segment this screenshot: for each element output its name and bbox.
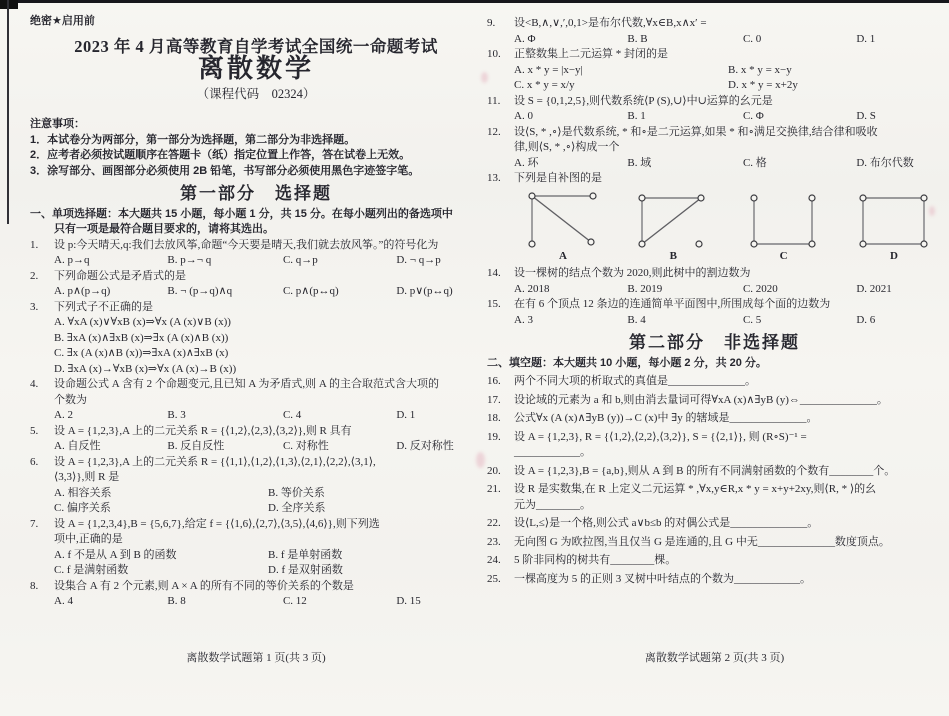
option-b: B. 3 [167,408,283,424]
option-c: C. q→p [283,253,396,269]
option-b: B. ¬ (p→q)∧q [167,284,283,300]
option-a: A. p→q [54,253,167,269]
option-b: B. 1 [627,109,743,125]
question-options: A. x * y = |x−y|B. x * y = x−yC. x * y =… [487,63,942,94]
question-16: 16.两个不同大项的析取式的真值是______________。 [487,374,942,390]
question-3: 3.下列式子不正确的是 A. ∀xA (x)∨∀xB (x)⇒∀x (A (x)… [30,300,482,378]
question-text: 在有 6 个顶点 12 条边的连通简单平面图中,所围成每个面的边数为 [514,297,942,313]
scan-artifact-corner [0,0,18,9]
question-options: A. ΦB. BC. 0D. 1 [487,32,942,48]
question-text: 设⟨S, * ,∘⟩是代数系统, * 和∘是二元运算,如果 * 和∘满足交换律,… [514,125,942,141]
question-text: 设 A = {1,2,3},A 上的二元关系 R = {⟨1,2⟩,⟨2,3⟩,… [54,424,482,440]
question-number: 13. [487,171,514,187]
question-text: 两个不同大项的析取式的真值是______________。 [514,374,942,390]
question-9: 9.设<B,∧,∨,′,0,1>是布尔代数,∀x∈B,x∧x′ = A. ΦB.… [487,16,942,47]
option-d: D. x * y = x+2y [728,78,942,94]
question-8: 8.设集合 A 有 2 个元素,则 A × A 的所有不同的等价关系的个数是 A… [30,579,482,610]
question-number: 7. [30,517,54,533]
question-text: 公式∀x (A (x)∧∃yB (y))→C (x)中 ∃y 的辖域是_____… [514,411,942,427]
page-2-footer: 离散数学试题第 2 页(共 3 页) [487,649,942,665]
graph-label-b: B [637,249,709,265]
question-23: 23.无向图 G 为欧拉图,当且仅当 G 是连通的,且 G 中无________… [487,535,942,551]
question-number: 22. [487,516,514,532]
option-a: A. p∧(p→q) [54,284,167,300]
option-c: C. 2020 [743,282,856,298]
option-b: B. 2019 [627,282,743,298]
subject-title: 离散数学 [30,61,482,77]
question-text: 设集合 A 有 2 个元素,则 A × A 的所有不同的等价关系的个数是 [54,579,482,595]
question-number: 14. [487,266,514,282]
option-c: C. 0 [743,32,856,48]
option-a: A. ∀xA (x)∨∀xB (x)⇒∀x (A (x)∨B (x)) [54,315,482,331]
question-options: A. 2B. 3C. 4D. 1 [30,408,482,424]
section-2-intro: 二、填空题：本大题共 10 小题，每小题 2 分，共 20 分。 [487,356,942,372]
question-number: 25. [487,572,514,588]
scan-artifact-top-strip [0,0,949,3]
option-c: C. 12 [283,594,396,610]
option-b: B. ∃xA (x)∧∃xB (x)⇒∃x (A (x)∧B (x)) [54,331,482,347]
option-d: D. 反对称性 [396,439,482,455]
question-text: 一棵高度为 5 的正则 3 叉树中叶结点的个数为____________。 [514,572,942,588]
option-d: D. 2021 [856,282,942,298]
note-item: 3．涂写部分、画图部分必须使用 2B 铅笔，书写部分必须使用黑色字迹签字笔。 [30,164,482,180]
option-d: D. 1 [856,32,942,48]
question-4: 4.设命题公式 A 含有 2 个命题变元,且已知 A 为矛盾式,则 A 的主合取… [30,377,482,424]
question-number: 19. [487,430,514,446]
question-text: 设 A = {1,2,3},B = {a,b},则从 A 到 B 的所有不同满射… [514,464,942,480]
question-number: 17. [487,393,514,409]
question-text: 设⟨L,≤⟩是一个格,则公式 a∨b≤b 的对偶公式是_____________… [514,516,942,532]
question-text: 设 A = {1,2,3}, R = {⟨1,2⟩,⟨2,2⟩,⟨3,2⟩}, … [514,430,942,446]
option-b: B. x * y = x−y [728,63,942,79]
section-1-intro: 一、单项选择题：本大题共 15 小题，每小题 1 分，共 15 分。在每小题列出… [30,207,482,223]
option-a: A. x * y = |x−y| [514,63,728,79]
question-24: 24.5 阶非同构的树共有________棵。 [487,553,942,569]
part-1-heading: 第一部分 选择题 [30,186,482,202]
question-10: 10.正整数集上二元运算 * 封闭的是 A. x * y = |x−y|B. x… [487,47,942,94]
question-1: 1.设 p:今天晴天,q:我们去放风筝,命题“今天要是晴天,我们就去放风筝。”的… [30,238,482,269]
option-b: B. B [627,32,743,48]
question-text: 设论域的元素为 a 和 b,则由消去量词可得∀xA (x)∧∃yB (y)⇔__… [514,393,942,409]
option-c: C. x * y = x/y [514,78,728,94]
question-text: 下列命题公式是矛盾式的是 [54,269,482,285]
question-number: 6. [30,455,54,471]
question-options: A. 2018B. 2019C. 2020D. 2021 [487,282,942,298]
question-text-cont: 项中,正确的是 [30,532,482,548]
section-1-intro-cont: 只有一项是最符合题目要求的，请将其选出。 [30,222,482,238]
question-2: 2.下列命题公式是矛盾式的是 A. p∧(p→q)B. ¬ (p→q)∧qC. … [30,269,482,300]
question-number: 1. [30,238,54,254]
option-a: A. 自反性 [54,439,167,455]
question-18: 18.公式∀x (A (x)∧∃yB (y))→C (x)中 ∃y 的辖域是__… [487,411,942,427]
question-text: 无向图 G 为欧拉图,当且仅当 G 是连通的,且 G 中无___________… [514,535,942,551]
page-1-footer: 离散数学试题第 1 页(共 3 页) [30,649,482,665]
option-c: C. 4 [283,408,396,424]
question-11: 11.设 S = {0,1,2,5},则代数系统⟨P (S),∪⟩中∪运算的幺元… [487,94,942,125]
option-d: D. 15 [396,594,482,610]
question-options: A. 自反性B. 反自反性C. 对称性D. 反对称性 [30,439,482,455]
option-d: D. 6 [856,313,942,329]
option-a: A. 0 [514,109,627,125]
question-text: 5 阶非同构的树共有________棵。 [514,553,942,569]
question-text: 设一棵树的结点个数为 2020,则此树中的割边数为 [514,266,942,282]
page-2: 9.设<B,∧,∨,′,0,1>是布尔代数,∀x∈B,x∧x′ = A. ΦB.… [487,16,942,656]
option-d: D. 1 [396,408,482,424]
question-17: 17.设论域的元素为 a 和 b,则由消去量词可得∀xA (x)∧∃yB (y)… [487,393,942,409]
note-item: 2．应考者必须按试题顺序在答题卡（纸）指定位置上作答，答在试卷上无效。 [30,148,482,164]
option-c: C. ∃x (A (x)∧B (x))⇒∃xA (x)∧∃xB (x) [54,346,482,362]
question-number: 11. [487,94,514,110]
option-d: D. 全序关系 [268,501,482,517]
exam-title: 2023 年 4 月高等教育自学考试全国统一命题考试 [30,39,482,55]
question-text: 下列是自补图的是 [514,171,942,187]
option-b: B. 4 [627,313,743,329]
question-number: 4. [30,377,54,393]
course-code: （课程代码 02324） [30,87,482,103]
question-text: 设<B,∧,∨,′,0,1>是布尔代数,∀x∈B,x∧x′ = [514,16,942,32]
page-1: 绝密★启用前 2023 年 4 月高等教育自学考试全国统一命题考试 离散数学 （… [30,14,482,656]
option-d: D. 布尔代数 [856,156,942,172]
question-options: A. p∧(p→q)B. ¬ (p→q)∧qC. p∧(p↔q)D. p∨(p↔… [30,284,482,300]
option-b: B. 反自反性 [167,439,283,455]
option-a: A. 环 [514,156,627,172]
question-options: A. 4B. 8C. 12D. 15 [30,594,482,610]
option-a: A. 相容关系 [54,486,268,502]
option-a: A. 3 [514,313,627,329]
question-options: A. 0B. 1C. ΦD. S [487,109,942,125]
question-text: 下列式子不正确的是 [54,300,482,316]
question-25: 25.一棵高度为 5 的正则 3 叉树中叶结点的个数为____________。 [487,572,942,588]
option-c: C. Φ [743,109,856,125]
option-a: A. 2 [54,408,167,424]
question-text: 设 p:今天晴天,q:我们去放风筝,命题“今天要是晴天,我们就去放风筝。”的符号… [54,238,482,254]
question-options: A. 环B. 域C. 格D. 布尔代数 [487,156,942,172]
question-text-cont: ⟨3,3⟩},则 R 是 [30,470,482,486]
option-d: D. S [856,109,942,125]
question-text-cont: 律,则⟨S, * ,∘⟩构成一个 [487,140,942,156]
question-5: 5.设 A = {1,2,3},A 上的二元关系 R = {⟨1,2⟩,⟨2,3… [30,424,482,455]
option-c: C. p∧(p↔q) [283,284,396,300]
question-20: 20.设 A = {1,2,3},B = {a,b},则从 A 到 B 的所有不… [487,464,942,480]
notes-title: 注意事项： [30,117,482,133]
question-text: 设命题公式 A 含有 2 个命题变元,且已知 A 为矛盾式,则 A 的主合取范式… [54,377,482,393]
question-text-cont: 个数为 [30,393,482,409]
question-options: A. 相容关系B. 等价关系C. 偏序关系D. 全序关系 [30,486,482,517]
question-number: 24. [487,553,514,569]
option-c: C. 对称性 [283,439,396,455]
question-7: 7.设 A = {1,2,3,4},B = {5,6,7},给定 f = {⟨1… [30,517,482,579]
question-text: 设 S = {0,1,2,5},则代数系统⟨P (S),∪⟩中∪运算的幺元是 [514,94,942,110]
option-b: B. 8 [167,594,283,610]
option-a: A. Φ [514,32,627,48]
question-13: 13.下列是自补图的是 [487,171,942,264]
question-number: 10. [487,47,514,63]
graph-option-b [637,191,709,249]
option-d: D. ¬ q→p [396,253,482,269]
question-13-graphs [527,191,930,249]
option-d: D. ∃xA (x)→∀xB (x)⇒∀x (A (x)→B (x)) [54,362,482,378]
question-text-cont: 元为________。 [487,498,942,514]
graph-option-d [858,191,930,249]
option-c: C. 5 [743,313,856,329]
question-text: 设 A = {1,2,3},A 上的二元关系 R = {⟨1,1⟩,⟨1,2⟩,… [54,455,482,471]
graph-option-c [748,191,820,249]
question-options: A. f 不是从 A 到 B 的函数B. f 是单射函数C. f 是满射函数D.… [30,548,482,579]
question-6: 6.设 A = {1,2,3},A 上的二元关系 R = {⟨1,1⟩,⟨1,2… [30,455,482,517]
question-number: 9. [487,16,514,32]
question-number: 2. [30,269,54,285]
option-b: B. 等价关系 [268,486,482,502]
question-number: 5. [30,424,54,440]
option-c: C. 偏序关系 [54,501,268,517]
question-12: 12.设⟨S, * ,∘⟩是代数系统, * 和∘是二元运算,如果 * 和∘满足交… [487,125,942,172]
question-number: 16. [487,374,514,390]
question-number: 18. [487,411,514,427]
question-13-graph-labels: A B C D [527,249,930,265]
option-a: A. 4 [54,594,167,610]
question-options: A. 3B. 4C. 5D. 6 [487,313,942,329]
question-number: 3. [30,300,54,316]
scan-artifact-left-line [7,0,9,224]
graph-label-d: D [858,249,930,265]
question-options: A. p→qB. p→¬ qC. q→pD. ¬ q→p [30,253,482,269]
exam-paper-scan: 绝密★启用前 2023 年 4 月高等教育自学考试全国统一命题考试 离散数学 （… [0,0,949,716]
option-d: D. f 是双射函数 [268,563,482,579]
question-number: 15. [487,297,514,313]
part-2-heading: 第二部分 非选择题 [487,335,942,351]
option-d: D. p∨(p↔q) [396,284,482,300]
option-a: A. f 不是从 A 到 B 的函数 [54,548,268,564]
question-15: 15.在有 6 个顶点 12 条边的连通简单平面图中,所围成每个面的边数为 A.… [487,297,942,328]
security-classification-label: 绝密★启用前 [30,14,482,30]
question-14: 14.设一棵树的结点个数为 2020,则此树中的割边数为 A. 2018B. 2… [487,266,942,297]
question-text: 设 A = {1,2,3,4},B = {5,6,7},给定 f = {⟨1,6… [54,517,482,533]
question-number: 21. [487,482,514,498]
question-options: A. ∀xA (x)∨∀xB (x)⇒∀x (A (x)∨B (x))B. ∃x… [30,315,482,377]
option-c: C. 格 [743,156,856,172]
option-b: B. p→¬ q [167,253,283,269]
option-b: B. 域 [627,156,743,172]
fill-in-questions: 16.两个不同大项的析取式的真值是______________。 17.设论域的… [487,374,942,587]
question-22: 22.设⟨L,≤⟩是一个格,则公式 a∨b≤b 的对偶公式是__________… [487,516,942,532]
option-b: B. f 是单射函数 [268,548,482,564]
question-number: 8. [30,579,54,595]
graph-label-a: A [527,249,599,265]
question-number: 23. [487,535,514,551]
question-number: 12. [487,125,514,141]
graph-option-a [527,191,599,249]
question-text: 正整数集上二元运算 * 封闭的是 [514,47,942,63]
question-number: 20. [487,464,514,480]
option-a: A. 2018 [514,282,627,298]
option-c: C. f 是满射函数 [54,563,268,579]
question-text: 设 R 是实数集,在 R 上定义二元运算 * ,∀x,y∈R,x * y = x… [514,482,942,498]
question-text-cont: ____________。 [487,445,942,461]
question-21: 21.设 R 是实数集,在 R 上定义二元运算 * ,∀x,y∈R,x * y … [487,482,942,513]
question-19: 19.设 A = {1,2,3}, R = {⟨1,2⟩,⟨2,2⟩,⟨3,2⟩… [487,430,942,461]
graph-label-c: C [748,249,820,265]
note-item: 1．本试卷分为两部分，第一部分为选择题，第二部分为非选择题。 [30,133,482,149]
